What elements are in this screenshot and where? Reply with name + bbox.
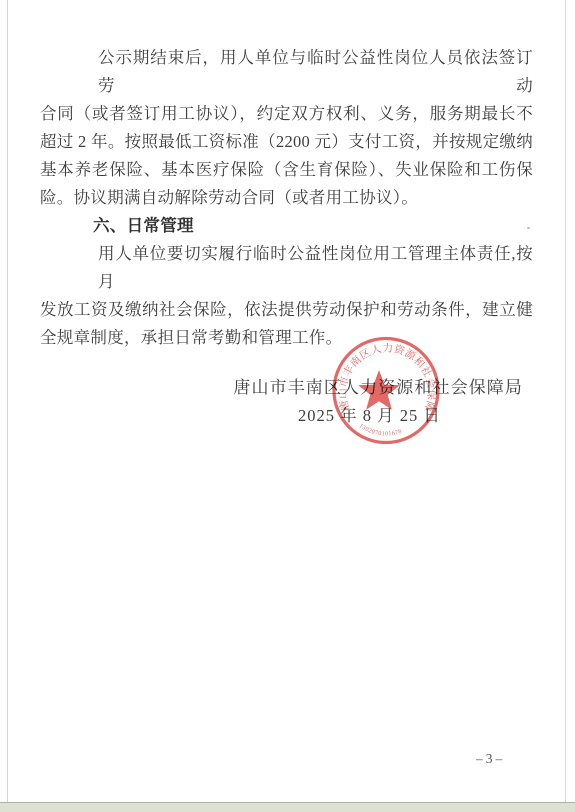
scan-speck — [527, 227, 530, 229]
scanned-document-page: 公示期结束后，用人单位与临时公益性岗位人员依法签订劳动 合同（或者签订用工协议）… — [0, 0, 575, 812]
body-line: 用人单位要切实履行临时公益性岗位用工管理主体责任,按月 — [40, 240, 533, 296]
scan-edge-left — [7, 0, 8, 802]
scan-edge-right — [565, 0, 566, 802]
body-line: 发放工资及缴纳社会保险，依法提供劳动保护和劳动条件，建立健 — [40, 296, 533, 324]
section-heading: 六、日常管理 — [40, 212, 533, 240]
page-number: –3– — [476, 751, 505, 767]
body-line: 全规章制度，承担日常考勤和管理工作。 — [40, 324, 533, 352]
signature-date: 2025 年 8 月 25 日 — [298, 402, 441, 426]
body-line: 险。协议期满自动解除劳动合同（或者用工协议）。 — [40, 184, 533, 212]
body-line: 公示期结束后，用人单位与临时公益性岗位人员依法签订劳动 — [40, 44, 533, 100]
signature-organization: 唐山市丰南区人力资源和社会保障局 — [233, 373, 523, 398]
body-line: 基本养老保险、基本医疗保险（含生育保险）、失业保险和工伤保 — [40, 156, 533, 184]
scan-background-strip — [0, 803, 575, 812]
body-line: 合同（或者签订用工协议），约定双方权利、义务，服务期最长不 — [40, 100, 533, 128]
body-line: 超过 2 年。按照最低工资标准（2200 元）支付工资，并按规定缴纳 — [40, 128, 533, 156]
document-body: 公示期结束后，用人单位与临时公益性岗位人员依法签订劳动 合同（或者签订用工协议）… — [40, 44, 533, 352]
